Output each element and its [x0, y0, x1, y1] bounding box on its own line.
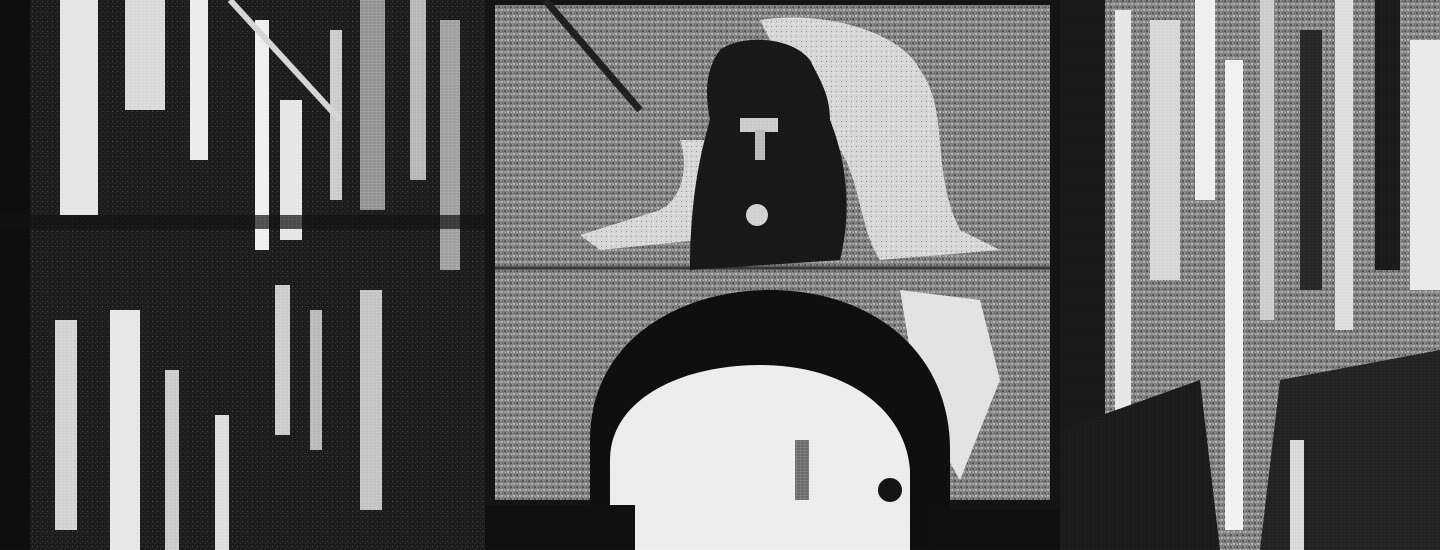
right-building [1060, 0, 1440, 550]
street-scene [0, 0, 1440, 550]
left-building [0, 0, 490, 550]
photograph [0, 0, 1440, 550]
